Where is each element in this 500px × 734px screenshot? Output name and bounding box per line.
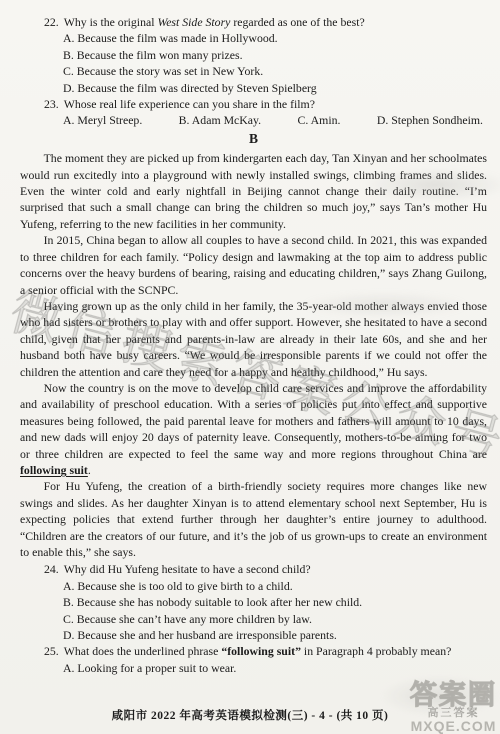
page-footer: 咸阳市 2022 年高考英语模拟检测(三) - 4 - (共 10 页): [0, 707, 500, 723]
question-25-options: A. Looking for a proper suit to wear.: [20, 660, 487, 676]
question-22-stem: 22.Why is the original West Side Story r…: [20, 14, 487, 30]
quoted-phrase-bold: “following suit”: [221, 644, 301, 658]
passage-paragraph-4: Now the country is on the move to develo…: [20, 380, 487, 478]
question-25-stem: 25.What does the underlined phrase “foll…: [20, 643, 487, 659]
question-24-option-b: B. Because she has nobody suitable to lo…: [63, 594, 487, 610]
question-22: 22.Why is the original West Side Story r…: [20, 14, 487, 96]
question-24: 24.Why did Hu Yufeng hesitate to have a …: [20, 561, 487, 643]
question-23-option-d: D. Stephen Sondheim.: [377, 112, 483, 128]
question-22-text-after: regarded as one of the best?: [230, 15, 364, 29]
question-24-stem: 24.Why did Hu Yufeng hesitate to have a …: [20, 561, 487, 577]
passage-paragraph-1: The moment they are picked up from kinde…: [20, 150, 487, 232]
question-25: 25.What does the underlined phrase “foll…: [20, 643, 487, 676]
question-23-option-c: C. Amin.: [298, 112, 341, 128]
question-23: 23.Whose real life experience can you sh…: [20, 96, 487, 129]
question-25-text-after: in Paragraph 4 probably mean?: [301, 644, 451, 658]
section-b-heading: B: [20, 131, 487, 147]
passage-paragraph-2: In 2015, China began to allow all couple…: [20, 232, 487, 298]
question-22-option-c: C. Because the story was set in New York…: [63, 63, 487, 79]
question-24-options: A. Because she is too old to give birth …: [20, 578, 487, 644]
movie-title-italic: West Side Story: [157, 15, 230, 29]
question-25-option-a: A. Looking for a proper suit to wear.: [63, 660, 487, 676]
question-22-options: A. Because the film was made in Hollywoo…: [20, 30, 487, 96]
page-content: 22.Why is the original West Side Story r…: [20, 14, 487, 676]
question-25-number: 25.: [44, 644, 59, 658]
underlined-phrase-following-suit: following suit: [20, 463, 88, 477]
watermark-logo-text: 答案圈: [410, 681, 497, 709]
question-23-option-b: B. Adam McKay.: [179, 112, 261, 128]
question-22-text-before: Why is the original: [64, 15, 158, 29]
question-23-options: A. Meryl Streep. B. Adam McKay. C. Amin.…: [20, 112, 487, 128]
question-22-number: 22.: [44, 15, 59, 29]
question-25-text-before: What does the underlined phrase: [64, 644, 222, 658]
passage-paragraph-3: Having grown up as the only child in her…: [20, 298, 487, 380]
passage-paragraph-5: For Hu Yufeng, the creation of a birth-f…: [20, 478, 487, 560]
paragraph-4-text-after: .: [88, 463, 91, 477]
question-24-option-d: D. Because she and her husband are irres…: [63, 627, 487, 643]
question-24-number: 24.: [44, 562, 59, 576]
question-24-option-c: C. Because she can’t have any more child…: [63, 611, 487, 627]
exam-scan-page: 微信搜索答案公众号 22.Why is the original West Si…: [0, 0, 500, 734]
reading-passage-b: The moment they are picked up from kinde…: [20, 150, 487, 560]
question-23-text: Whose real life experience can you share…: [64, 97, 315, 111]
question-22-option-a: A. Because the film was made in Hollywoo…: [63, 30, 487, 46]
question-23-number: 23.: [44, 97, 59, 111]
question-22-option-d: D. Because the film was directed by Stev…: [63, 80, 487, 96]
question-24-option-a: A. Because she is too old to give birth …: [63, 578, 487, 594]
paragraph-4-text-before: Now the country is on the move to develo…: [20, 381, 487, 461]
question-23-stem: 23.Whose real life experience can you sh…: [20, 96, 487, 112]
question-24-text: Why did Hu Yufeng hesitate to have a sec…: [64, 562, 311, 576]
question-23-option-a: A. Meryl Streep.: [63, 112, 142, 128]
question-22-option-b: B. Because the film won many prizes.: [63, 47, 487, 63]
